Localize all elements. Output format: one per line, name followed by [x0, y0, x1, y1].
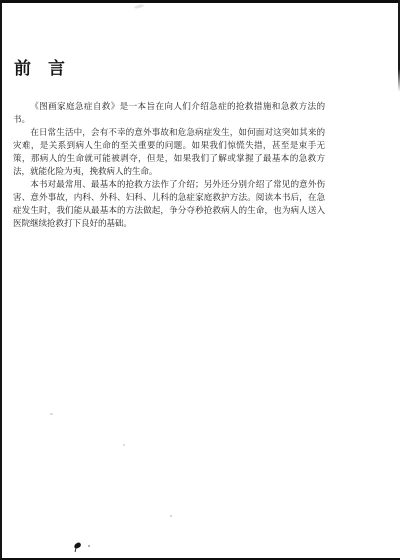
page-title: 前 言: [14, 54, 65, 79]
scan-noise-dot: [170, 515, 172, 517]
page-border-top: [0, 0, 400, 3]
scanned-book-page: 前 言 《图画家庭急症自救》是一本旨在向人们介绍急症的抢救措施和急救方法的书。 …: [0, 0, 400, 560]
ink-speck-tail: [75, 548, 77, 552]
scan-noise-dot: [50, 413, 53, 415]
page-border-left: [0, 0, 2, 560]
preface-paragraph: 本书对最常用、最基本的抢救方法作了介绍；另外还分别介绍了常见的意外伤害、意外事故…: [13, 178, 325, 230]
preface-body: 《图画家庭急症自救》是一本旨在向人们介绍急症的抢救措施和急救方法的书。 在日常生…: [13, 100, 325, 230]
preface-paragraph: 在日常生活中，会有不幸的意外事故和危急病症发生，如何面对这突如其来的灾难，是关系…: [13, 126, 325, 178]
scan-noise-dot: [88, 545, 90, 547]
scan-noise-dot: [123, 444, 125, 446]
scan-smudge: [134, 4, 144, 9]
preface-paragraph: 《图画家庭急症自救》是一本旨在向人们介绍急症的抢救措施和急救方法的书。: [13, 100, 325, 126]
